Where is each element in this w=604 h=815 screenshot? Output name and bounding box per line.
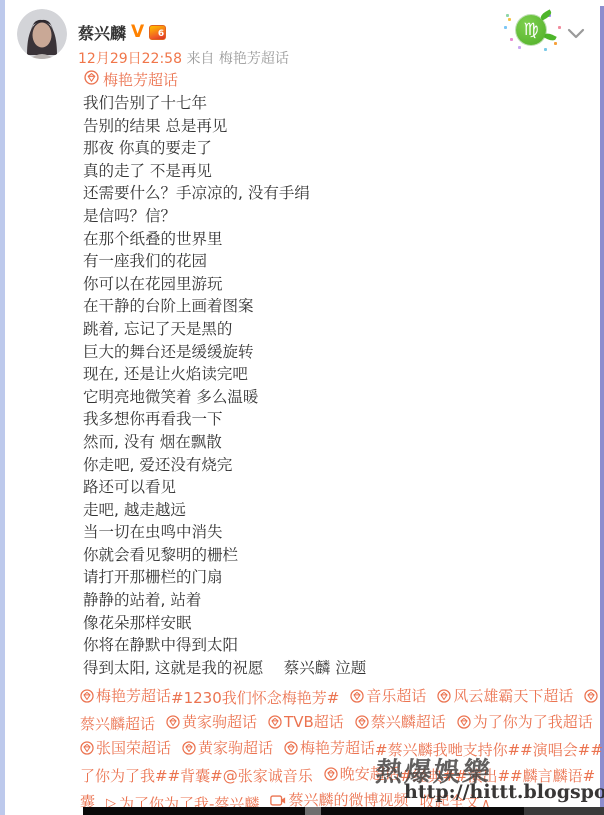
supertopic-label: TVB超话: [284, 709, 344, 735]
supertopic-link[interactable]: TVB超话: [268, 709, 344, 735]
poem-line: 静静的站着, 站着: [83, 589, 553, 612]
supertopic-label: 黄家驹超话: [182, 709, 257, 735]
zodiac-badge-area: ♍: [500, 8, 564, 54]
supertopic-label: 梅艳芳超话: [300, 735, 375, 761]
honor-level-badge: 6: [149, 25, 166, 40]
supertopic-link[interactable]: 黄家驹超话: [182, 735, 273, 761]
poem-line: 然而, 没有 烟在飘散: [83, 431, 553, 454]
hashtag-label: 了你为了我##背囊#: [80, 763, 223, 789]
avatar[interactable]: [17, 9, 67, 59]
supertopic-link[interactable]: 梅艳芳超话: [80, 683, 171, 709]
confetti-decoration: [508, 18, 511, 21]
supertopic-link[interactable]: 为了你为了我超话: [457, 709, 593, 735]
supertopic-link[interactable]: 张国荣超话: [80, 735, 171, 761]
supertopic-link[interactable]: 风云雄霸天下超话: [437, 683, 573, 709]
timestamp-row: 12月29日22:58 来自 梅艳芳超话: [78, 48, 289, 68]
supertopic-label: 黄家驹超话: [198, 735, 273, 761]
supertopic-gem-icon: [182, 741, 196, 755]
supertopic-gem-icon: [350, 689, 364, 703]
supertopic-label: 张国荣超话: [96, 735, 171, 761]
supertopic-link[interactable]: [584, 689, 600, 703]
poem-line: 它明亮地微笑着 多么温暖: [83, 386, 553, 409]
supertopic-link[interactable]: 音乐超话: [350, 683, 426, 709]
poem-line: 还需要什么？手凉凉的, 没有手绢: [83, 182, 553, 205]
username[interactable]: 蔡兴麟: [78, 21, 126, 44]
poem-line: 我们告别了十七年: [83, 92, 553, 115]
poem-line: 你可以在花园里游玩: [83, 273, 553, 296]
hashtag-label: #1230我们怀念梅艳芳#: [171, 685, 339, 711]
supertopic-pill-label: 梅艳芳超话: [103, 69, 178, 90]
supertopic-pill[interactable]: 梅艳芳超话: [84, 69, 178, 90]
video-player-segment: [524, 807, 604, 815]
supertopic-gem-icon: [84, 70, 99, 89]
supertopic-link[interactable]: 蔡兴麟超话: [80, 711, 155, 737]
tag-line: 梅艳芳超话#1230我们怀念梅艳芳#音乐超话风云雄霸天下超话: [80, 683, 552, 709]
poem-line: 真的走了 不是再见: [83, 160, 553, 183]
poem-line: 在干静的台阶上画着图案: [83, 295, 553, 318]
virgo-symbol: ♍: [523, 20, 538, 40]
poem-line: 跳着, 忘记了天是黑的: [83, 318, 553, 341]
supertopic-gem-icon: [437, 689, 451, 703]
hashtag-link[interactable]: 了你为了我##背囊#: [80, 763, 223, 789]
supertopic-link[interactable]: 梅艳芳超话: [284, 735, 375, 761]
poem-line: 现在, 还是让火焰读完吧: [83, 363, 553, 386]
poem-text: 我们告别了十七年告别的结果 总是再见那夜 你真的要走了真的走了 不是再见还需要什…: [83, 92, 553, 679]
source-prefix: 来自: [186, 51, 214, 67]
poem-line: 那夜 你真的要走了: [83, 137, 553, 160]
left-border-decoration: [0, 0, 5, 815]
hashtag-link[interactable]: #1230我们怀念梅艳芳#: [171, 685, 339, 711]
mention-link[interactable]: @张家诚音乐: [223, 763, 313, 789]
video-camera-icon: [270, 794, 286, 807]
poem-line: 我多想你再看我一下: [83, 408, 553, 431]
supertopic-label: 为了你为了我超话: [473, 709, 593, 735]
supertopic-label: 蔡兴麟超话: [80, 711, 155, 737]
supertopic-gem-icon: [166, 715, 180, 729]
mention-label: @张家诚音乐: [223, 763, 313, 789]
supertopic-link[interactable]: 黄家驹超话: [166, 709, 257, 735]
supertopic-gem-icon: [324, 767, 338, 781]
supertopic-gem-icon: [284, 741, 298, 755]
supertopic-gem-icon: [355, 715, 369, 729]
supertopic-link[interactable]: 蔡兴麟超话: [355, 709, 446, 735]
supertopic-gem-icon: [584, 689, 598, 703]
tag-line: 蔡兴麟超话黄家驹超话TVB超话蔡兴麟超话为了你为了我超话: [80, 709, 552, 735]
poem-line: 走吧, 越走越远: [83, 499, 553, 522]
video-player-notch: [305, 807, 321, 815]
poem-line: 是信吗？信？: [83, 205, 553, 228]
poem-line: 你就会看见黎明的栅栏: [83, 544, 553, 567]
poem-line: 你走吧, 爱还没有烧完: [83, 454, 553, 477]
orange-v-badge: V: [131, 24, 144, 41]
poem-line: 告别的结果 总是再见: [83, 115, 553, 138]
post-source-link[interactable]: 梅艳芳超话: [219, 51, 289, 67]
poem-line: 当一切在虫鸣中消失: [83, 521, 553, 544]
supertopic-gem-icon: [80, 689, 94, 703]
poem-line: 有一座我们的花园: [83, 250, 553, 273]
poem-line: 像花朵那样安眠: [83, 612, 553, 635]
video-player-edge[interactable]: [83, 807, 604, 815]
weibo-post-page: 蔡兴麟 V 6 12月29日22:58 来自 梅艳芳超话 ♍ 梅艳芳超话 我们告…: [0, 0, 604, 815]
watermark-url: http://hittt.blogspot.com: [404, 781, 604, 803]
virgo-badge-icon: ♍: [516, 15, 546, 45]
supertopic-gem-icon: [457, 715, 471, 729]
poem-line: 在那个纸叠的世界里: [83, 228, 553, 251]
poem-line: 得到太阳, 这就是我的祝愿 蔡兴麟 泣题: [83, 657, 553, 680]
supertopic-gem-icon: [268, 715, 282, 729]
poem-line: 巨大的舞台还是缓缓旋转: [83, 341, 553, 364]
poem-line: 请打开那栅栏的门扇: [83, 566, 553, 589]
post-header: 蔡兴麟 V 6: [78, 21, 166, 44]
supertopic-label: 梅艳芳超话: [96, 683, 171, 709]
poem-line: 路还可以看见: [83, 476, 553, 499]
supertopic-gem-icon: [80, 741, 94, 755]
supertopic-label: 音乐超话: [366, 683, 426, 709]
supertopic-label: 风云雄霸天下超话: [453, 683, 573, 709]
poem-line: 你将在静默中得到太阳: [83, 634, 553, 657]
right-border-decoration: [600, 6, 604, 815]
chevron-down-icon[interactable]: [566, 25, 586, 37]
supertopic-label: 蔡兴麟超话: [371, 709, 446, 735]
timestamp: 12月29日22:58: [78, 51, 182, 67]
